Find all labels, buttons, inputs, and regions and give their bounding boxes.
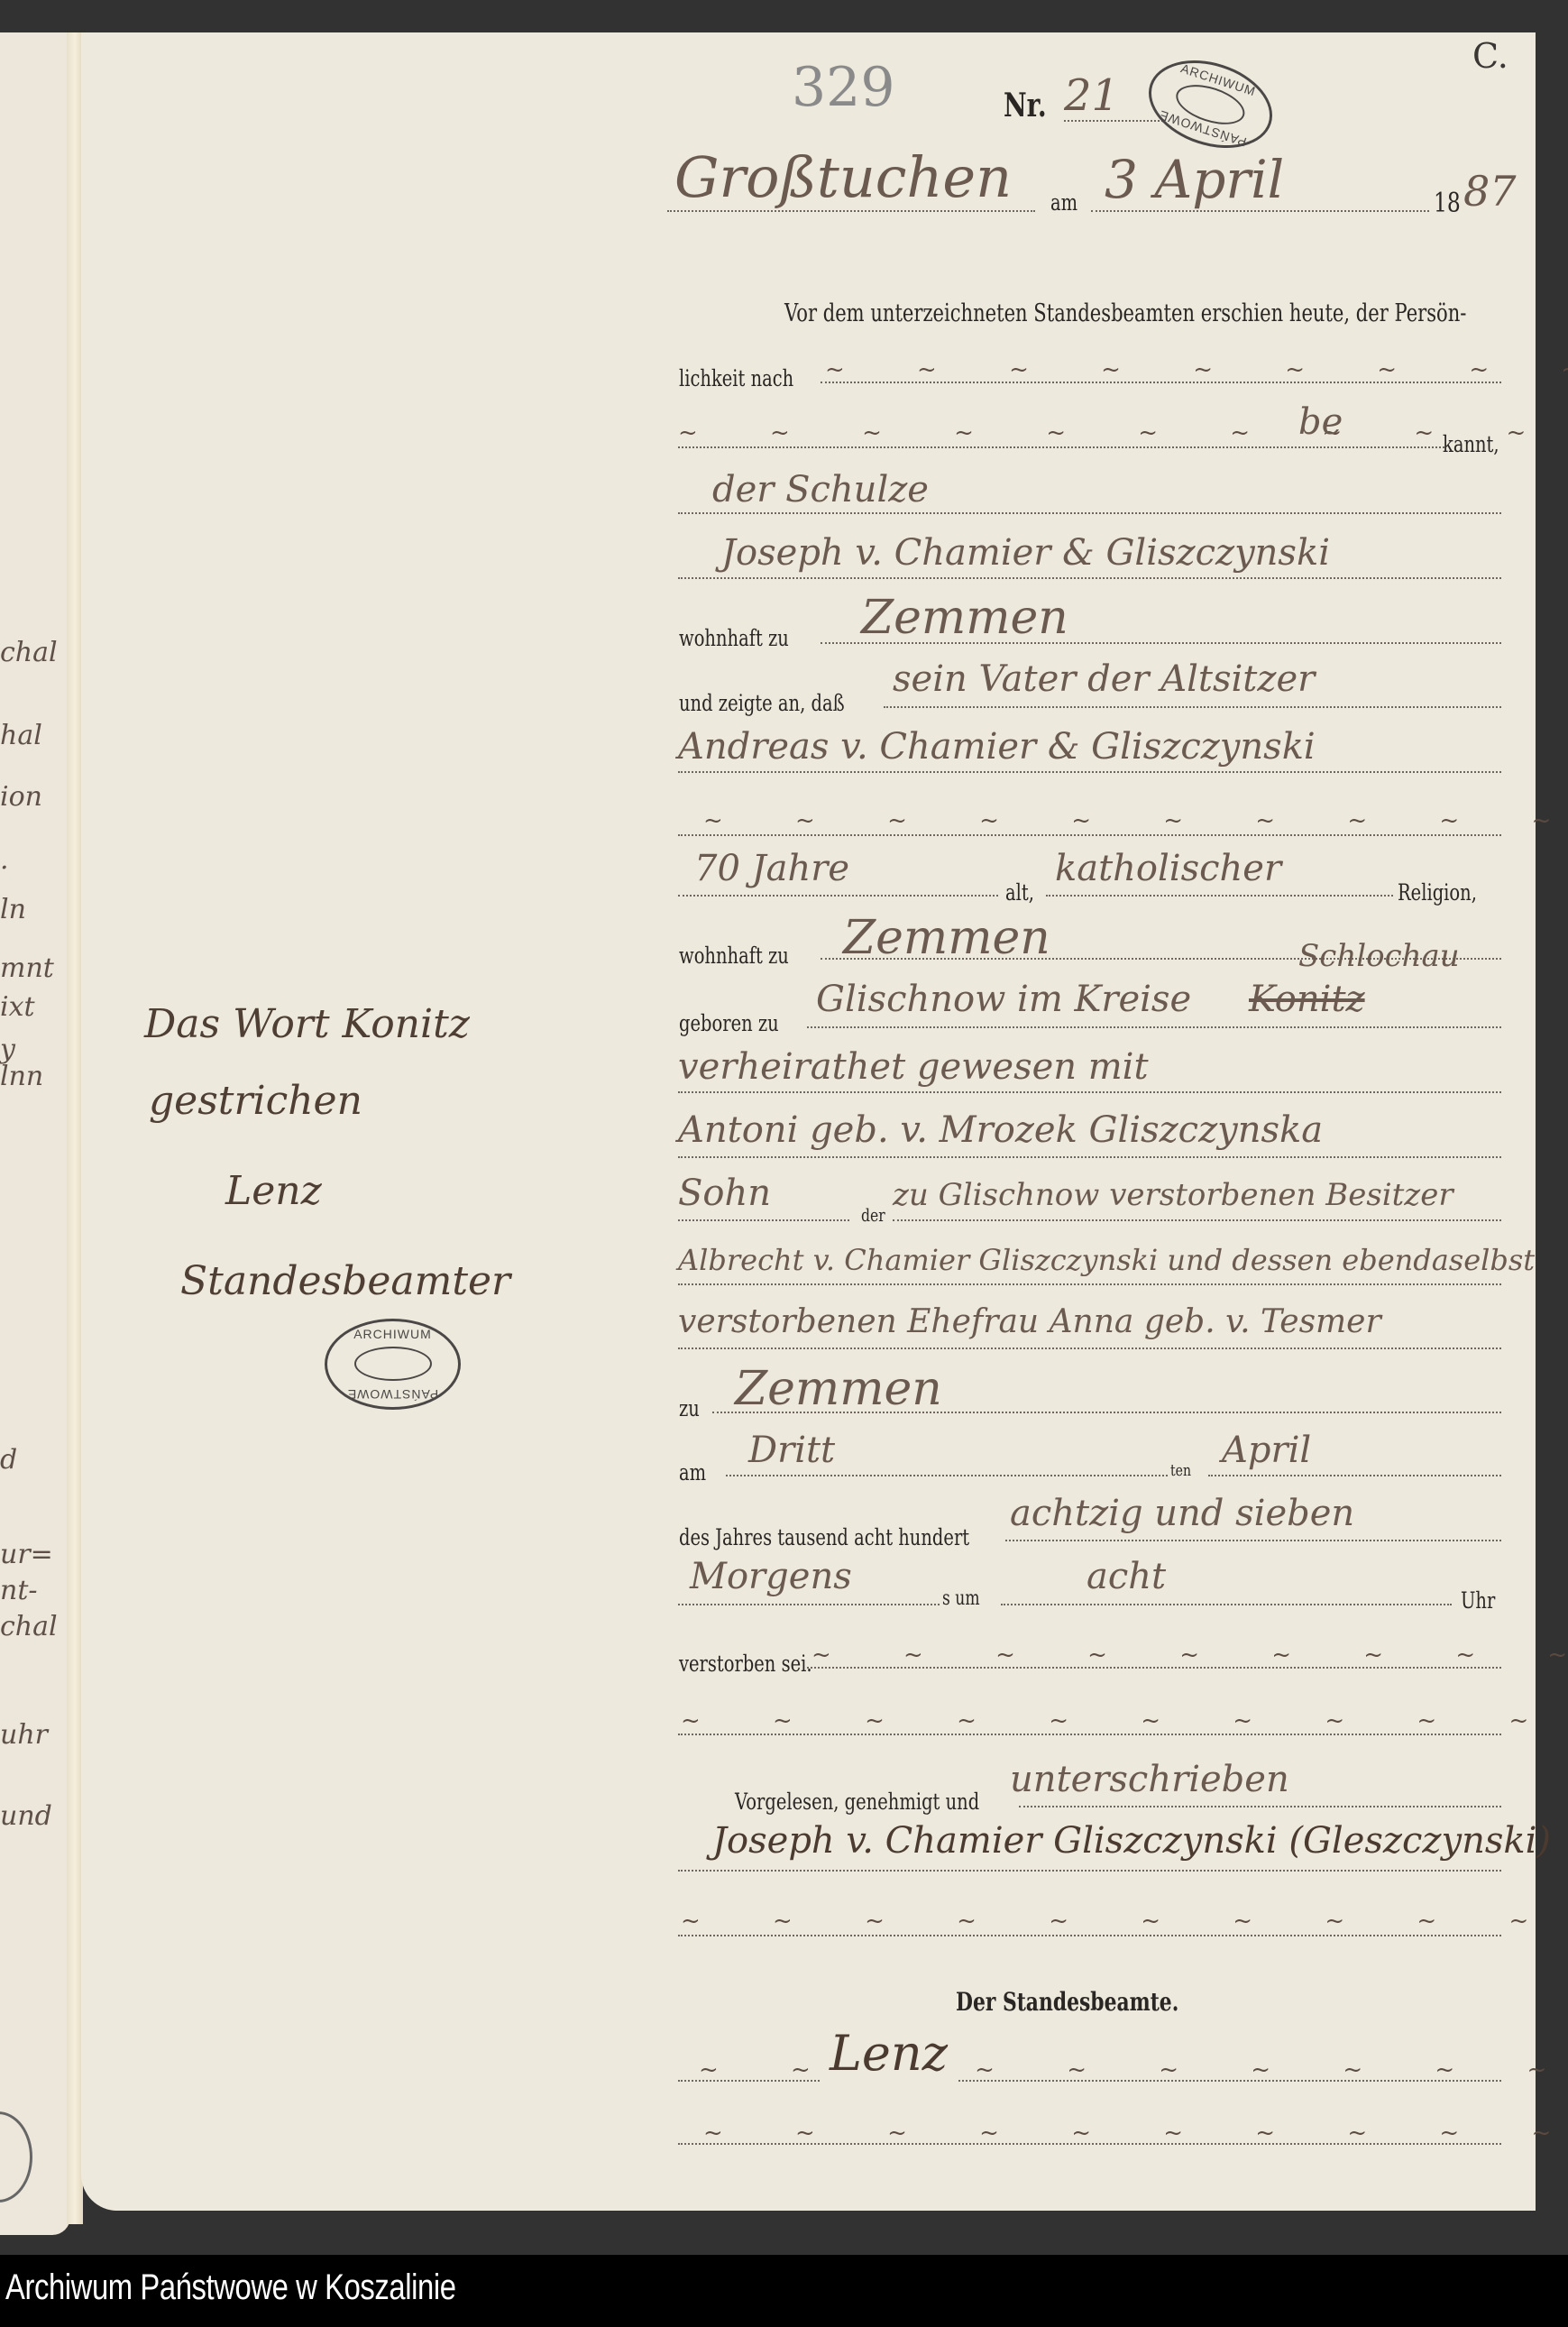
entry-line xyxy=(678,1935,1501,1936)
entry-line xyxy=(678,895,998,897)
entry-value: Sohn xyxy=(678,1173,771,1214)
date-line xyxy=(1091,210,1429,212)
closing-label: Vorgelesen, genehmigt und xyxy=(735,1789,979,1815)
field-label: Religion, xyxy=(1398,879,1477,906)
prev-page-fragment: lnn xyxy=(0,1061,43,1092)
field-label: zu xyxy=(679,1395,700,1421)
field-label: am xyxy=(679,1459,706,1485)
entry-value: der Schulze xyxy=(712,469,929,510)
entry-value: Glischnow im Kreise xyxy=(816,979,1191,1020)
entry-value: Antoni geb. v. Mrozek Gliszczynska xyxy=(678,1109,1323,1151)
entry-line xyxy=(726,1475,1168,1476)
field-label: und zeigte an, daß xyxy=(679,690,845,716)
prev-page-fragment: uhr xyxy=(0,1719,48,1751)
entry-value: Zemmen xyxy=(861,591,1068,645)
prev-page-fragment: ln xyxy=(0,894,26,925)
entry-value: Albrecht v. Chamier Gliszczynski und des… xyxy=(678,1243,1535,1277)
entry-line xyxy=(678,577,1501,579)
prev-page-fragment: d xyxy=(0,1444,17,1476)
entry-value: acht xyxy=(1087,1556,1166,1597)
pencil-folio-number: 329 xyxy=(792,56,895,119)
date-value: 3 April xyxy=(1105,149,1284,210)
prev-page-fragment: hal xyxy=(0,720,42,751)
entry-value: April xyxy=(1222,1430,1311,1471)
entry-line xyxy=(678,1283,1501,1285)
nr-label: Nr. xyxy=(1004,87,1047,124)
entry-line xyxy=(678,1347,1501,1349)
inserted-correction: Schlochau xyxy=(1298,938,1460,974)
entry-value: be xyxy=(1298,401,1343,443)
year-prefix: 18 xyxy=(1434,188,1461,219)
field-label: geboren zu xyxy=(679,1010,779,1036)
entry-value: 70 Jahre xyxy=(694,848,849,889)
prev-page-fragment: und xyxy=(0,1800,52,1832)
nr-value: 21 xyxy=(1064,70,1119,121)
field-label: Uhr xyxy=(1461,1587,1495,1614)
am-label: am xyxy=(1050,189,1077,216)
prev-page-fragment: ion xyxy=(0,781,42,813)
prev-page-fragment: . xyxy=(0,844,9,876)
year-suffix: 87 xyxy=(1463,167,1517,216)
filler-marks: ~ ~ ~ ~ ~ ~ ~ ~ ~ ~ ~ xyxy=(825,356,1568,383)
entry-line xyxy=(678,1156,1501,1158)
entry-value: Andreas v. Chamier & Gliszczynski xyxy=(678,726,1316,768)
entry-value: Zemmen xyxy=(843,911,1050,965)
entry-line xyxy=(1019,1806,1501,1807)
entry-value: sein Vater der Altsitzer xyxy=(893,658,1315,700)
field-label: kannt, xyxy=(1443,431,1499,457)
filler-marks: ~ ~ ~ ~ ~ ~ ~ ~ ~ ~ ~ xyxy=(678,419,1568,446)
struck-entry-value: Konitz xyxy=(1249,979,1365,1020)
entry-line xyxy=(678,512,1501,514)
official-title: Der Standesbeamte. xyxy=(956,1987,1178,2017)
informant-signature: Joseph v. Chamier Gliszczynski (Gleszczy… xyxy=(712,1820,1551,1862)
entry-value: Zemmen xyxy=(735,1362,942,1416)
filler-marks: ~ ~ ~ ~ ~ ~ ~ ~ ~ ~ ~ xyxy=(703,807,1568,834)
prev-page-fragment: ixt xyxy=(0,991,35,1023)
field-label: verstorben sei. xyxy=(679,1651,812,1677)
entry-value: verheirathet gewesen mit xyxy=(678,1046,1149,1088)
entry-value: verstorbenen Ehefrau Anna geb. v. Tesmer xyxy=(678,1303,1381,1340)
entry-line xyxy=(884,706,1501,708)
margin-note-line: Lenz xyxy=(225,1168,322,1214)
field-label: s um xyxy=(942,1587,980,1610)
filler-marks: ~ ~ ~ ~ ~ ~ ~ ~ ~ ~ ~ xyxy=(681,1908,1568,1935)
field-label: ten xyxy=(1170,1461,1191,1480)
official-signature: Lenz xyxy=(821,2025,957,2082)
entry-line xyxy=(1005,1540,1501,1541)
entry-line xyxy=(807,1026,1501,1028)
archive-name: Archiwum Państwowe w Koszalinie xyxy=(5,2267,456,2308)
corner-mark: C. xyxy=(1472,36,1508,76)
filler-marks: ~ ~ ~ ~ ~ ~ ~ ~ ~ ~ ~ xyxy=(703,2120,1568,2147)
prev-page-fragment: ur= xyxy=(0,1539,53,1570)
field-label: wohnhaft zu xyxy=(679,943,789,969)
entry-line xyxy=(678,446,1444,448)
entry-line xyxy=(893,1219,1501,1221)
archive-stamp-margin: ARCHIWUM PAŃSTWOWE xyxy=(325,1319,461,1410)
field-label: wohnhaft zu xyxy=(679,625,789,651)
entry-line xyxy=(678,1604,940,1605)
entry-line xyxy=(1208,1475,1501,1476)
entry-line xyxy=(678,1870,1501,1872)
entry-line xyxy=(1046,895,1393,897)
field-label: des Jahres tausend acht hundert xyxy=(679,1524,969,1550)
intro-text: Vor dem unterzeichneten Standesbeamten e… xyxy=(784,299,1466,327)
prev-page-fragment: chal xyxy=(0,1611,58,1642)
field-label: lichkeit nach xyxy=(679,365,793,391)
prev-page-fragment: nt- xyxy=(0,1575,38,1606)
prev-page-fragment: chal xyxy=(0,637,58,668)
entry-value: Morgens xyxy=(690,1556,852,1597)
partial-archive-stamp xyxy=(0,2111,32,2203)
margin-note-line: gestrichen xyxy=(149,1078,362,1124)
filler-marks: ~ ~ ~ ~ ~ ~ ~ ~ ~ ~ ~ xyxy=(681,1707,1568,1734)
margin-note-line: Standesbeamter xyxy=(180,1258,510,1304)
entry-line xyxy=(678,771,1501,773)
entry-value: Joseph v. Chamier & Gliszczynski xyxy=(721,532,1330,574)
field-label: der xyxy=(861,1204,885,1226)
entry-line xyxy=(678,834,1501,836)
archive-footer-bar: Archiwum Państwowe w Koszalinie xyxy=(0,2255,1568,2327)
field-label: alt, xyxy=(1005,879,1034,906)
margin-note-line: Das Wort Konitz xyxy=(144,1001,470,1047)
closing-value: unterschrieben xyxy=(1010,1759,1289,1800)
filler-marks: ~ ~ ~ ~ ~ ~ ~ ~ ~ ~ ~ xyxy=(812,1642,1568,1669)
entry-line xyxy=(678,1219,849,1221)
entry-value: Dritt xyxy=(748,1430,835,1471)
previous-page-edge: chal hal ion . ln mnt ixt y lnn d ur= nt… xyxy=(0,32,70,2235)
place-line xyxy=(667,210,1035,212)
entry-value: achtzig und sieben xyxy=(1010,1493,1354,1534)
entry-line xyxy=(1001,1604,1452,1605)
entry-line xyxy=(678,1091,1501,1093)
entry-value: zu Glischnow verstorbenen Besitzer xyxy=(893,1177,1453,1213)
place-value: Großtuchen xyxy=(674,144,1012,210)
entry-value: katholischer xyxy=(1055,848,1281,889)
prev-page-fragment: mnt xyxy=(0,952,54,984)
